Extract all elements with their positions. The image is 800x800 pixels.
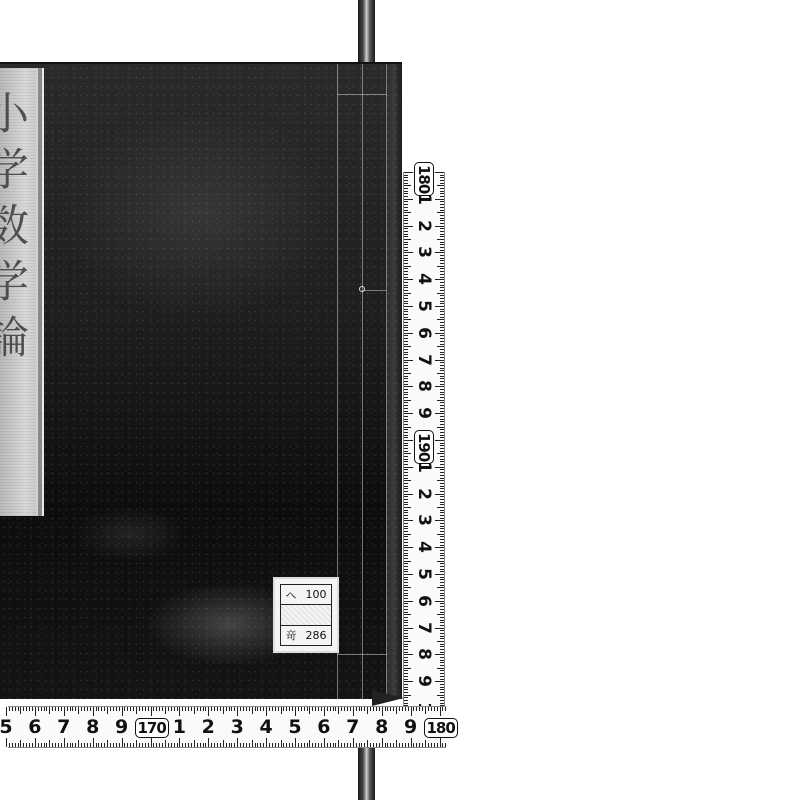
label-number: 286 — [306, 629, 327, 642]
ruler-number: 6 — [414, 591, 434, 611]
label-row: 竒 286 — [281, 626, 331, 645]
book-photo: 小学数学論 ヘ 100 竒 286 1801234567891901234567… — [0, 0, 800, 800]
ruler-number: 9 — [414, 671, 434, 691]
ruler-number: 3 — [227, 716, 247, 738]
ruler-number: 1 — [414, 457, 434, 477]
title-slip: 小学数学論 — [0, 68, 44, 516]
ruler-number: 5 — [414, 296, 434, 316]
ruler-number: 6 — [414, 323, 434, 343]
ruler-number: 2 — [414, 484, 434, 504]
ruler-number: 8 — [83, 716, 103, 738]
ruler-number: 3 — [414, 242, 434, 262]
support-rod-top — [358, 0, 375, 70]
label-row — [281, 605, 331, 625]
ruler-number: 9 — [414, 403, 434, 423]
ruler-number: 180 — [414, 162, 434, 182]
vertical-scale-ruler: 1801234567891901234567891 — [403, 172, 445, 712]
horizontal-scale-ruler: 56789170123456789180 — [8, 706, 446, 748]
ruler-number: 8 — [414, 376, 434, 396]
support-rod-bottom — [358, 745, 375, 800]
ruler-number: 5 — [414, 564, 434, 584]
book-cover — [0, 62, 402, 699]
binding-stitch — [337, 654, 387, 655]
ruler-number: 5 — [285, 716, 305, 738]
ruler-number: 7 — [414, 350, 434, 370]
ruler-number: 1 — [414, 189, 434, 209]
ruler-number: 4 — [414, 269, 434, 289]
ruler-number: 190 — [414, 430, 434, 450]
ruler-number: 4 — [256, 716, 276, 738]
ruler-number: 7 — [414, 618, 434, 638]
ruler-number: 8 — [372, 716, 392, 738]
ruler-number: 7 — [54, 716, 74, 738]
binding-hole — [359, 286, 365, 292]
label-row: ヘ 100 — [281, 585, 331, 605]
ruler-number: 2 — [198, 716, 218, 738]
ruler-number: 3 — [414, 510, 434, 530]
label-mark: ヘ — [286, 587, 297, 603]
ruler-number: 8 — [414, 644, 434, 664]
label-number: 100 — [306, 588, 327, 601]
binding-stitch — [337, 94, 387, 95]
book-spine-edge — [386, 64, 402, 699]
call-number-label: ヘ 100 竒 286 — [274, 578, 338, 652]
ruler-number: 170 — [135, 716, 169, 739]
binding-stitch — [362, 290, 386, 291]
ruler-number: 9 — [401, 716, 421, 738]
ruler-number: 6 — [314, 716, 334, 738]
ruler-number: 180 — [424, 716, 458, 739]
label-mark: 竒 — [286, 627, 297, 643]
ruler-number: 6 — [25, 716, 45, 738]
binding-line — [362, 64, 363, 699]
ruler-number: 7 — [343, 716, 363, 738]
ruler-number: 9 — [112, 716, 132, 738]
ruler-pointer-arrow — [372, 690, 404, 706]
ruler-number: 4 — [414, 537, 434, 557]
ruler-number: 2 — [414, 216, 434, 236]
binding-line — [386, 64, 387, 699]
ruler-number: 5 — [0, 716, 16, 738]
book-title: 小学数学論 — [0, 90, 24, 370]
ruler-number: 1 — [169, 716, 189, 738]
